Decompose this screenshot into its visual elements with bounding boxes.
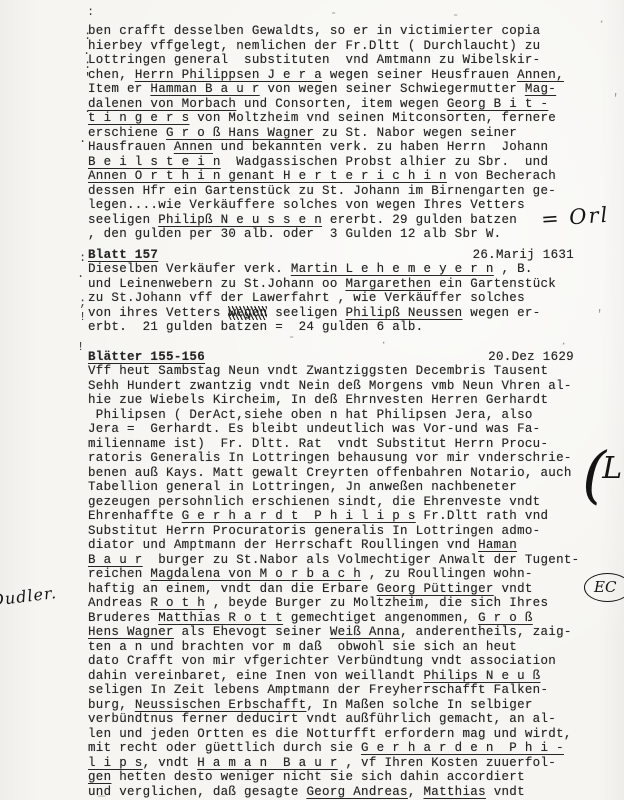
underlined-name: Georg Püttinger <box>377 582 494 596</box>
text-segment: burger zu St.Nabor als Volmechtiger Anwa… <box>143 553 580 567</box>
text-segment: , B. <box>494 262 533 276</box>
text-line: Vff heut Sambstag Neun vndt Zwantziggste… <box>88 364 574 379</box>
text-segment: gemechtiget angenommen, <box>283 611 478 625</box>
text-line: erschiene G r o ß Hans Wagner zu St. Nab… <box>88 126 574 141</box>
text-segment: seeligen <box>267 306 345 320</box>
stray-mark: · <box>598 16 605 28</box>
stray-mark: ' <box>84 72 91 84</box>
text-segment: erschiene <box>88 126 166 140</box>
paragraph: ben crafft desselben Gewaldts, so er in … <box>88 24 574 242</box>
text-segment: legen....wie Verkäuffere solches von weg… <box>88 198 525 212</box>
text-segment: ein Gartenstück <box>431 277 556 291</box>
text-segment: dessen Hfr ein Gartenstück zu St. Johann… <box>88 184 556 198</box>
text-segment: Dieselben Verkäufer verk. <box>88 262 291 276</box>
text-line: diator und Amptmann der Herrschaft Roull… <box>88 538 574 553</box>
text-line: seligen In Zeit lebens Amptmann der Frey… <box>88 683 574 698</box>
text-line: hie zue Wiebels Kircheim, In deß Ehrnves… <box>88 393 574 408</box>
stray-mark: : <box>87 6 94 18</box>
text-segment: Andreas <box>88 596 150 610</box>
text-segment: als Ehevogt seiner <box>174 625 330 639</box>
text-segment: verbündtnus ferner deducirt vndt außführ… <box>88 712 556 726</box>
stray-mark: ' <box>612 93 619 105</box>
text-line: Hens Wagner als Ehevogt seiner Weiß Anna… <box>88 625 574 640</box>
text-line: chen, Herrn Philippsen J e r a wegen sei… <box>88 68 574 83</box>
text-segment: von ihres Vetters <box>88 306 228 320</box>
text-segment: haftig an einem, vndt dan die Erbare <box>88 582 377 596</box>
underlined-name: Magdalena von M o r b a c h <box>150 567 361 581</box>
text-line: gen hetten desto weniger nicht sie sich … <box>88 770 574 785</box>
text-line: len und jeden Ortten es die Notturfft er… <box>88 727 574 742</box>
text-line: Andreas R o t h , beyde Burger zu Moltzh… <box>88 596 574 611</box>
text-segment: burg, <box>88 698 135 712</box>
stray-mark: ; <box>79 297 86 309</box>
text-segment: und Consorten, item wegen <box>236 97 447 111</box>
text-segment: Bruderes <box>88 611 158 625</box>
text-line: erbt. 21 gulden batzen = 24 gulden 6 alb… <box>88 320 574 335</box>
text-segment: von wegen seiner Schwiegermutter <box>260 82 525 96</box>
text-segment: diator und Amptmann der Herrschaft Roull… <box>88 538 478 552</box>
text-line: l i p s, vndt H a m a n B a u r , vf Ihr… <box>88 756 574 771</box>
text-segment: hie zue Wiebels Kircheim, In deß Ehrnves… <box>88 393 548 407</box>
paren-stroke: ( <box>582 438 602 511</box>
text-segment: Item er <box>88 82 150 96</box>
heading-date: 20.Dez 1629 <box>488 350 574 365</box>
stray-mark: - <box>452 9 459 21</box>
stray-mark: - <box>330 7 337 19</box>
text-segment: Fr.Dltt rath vnd <box>416 509 549 523</box>
text-line: zu St.Johann vff der Lawerfahrt , wie Ve… <box>88 291 574 306</box>
text-line: ratoris Generalis In Lottringen behausun… <box>88 451 574 466</box>
text-segment: ten a n und brachten vor m daß obwohl si… <box>88 640 517 654</box>
text-segment: , vndt <box>143 756 198 770</box>
text-segment: ben crafft desselben Gewaldts, so er in … <box>88 24 540 38</box>
underlined-name: gen <box>88 770 111 784</box>
stray-mark: - <box>288 331 295 343</box>
handwritten-note-dudler: Dudler. <box>0 583 58 610</box>
text-line: Item er Hamman B a u r von wegen seiner … <box>88 82 574 97</box>
text-line: Hausfrauen Annen und bekannten verk. zu … <box>88 140 574 155</box>
text-segment: und Leinenwebern zu St.Johann oo <box>88 277 345 291</box>
underlined-name: t i n g e r s <box>88 111 189 125</box>
text-line: burg, Neussischen Erbschafft, In Maßen s… <box>88 698 574 713</box>
text-segment: zu St. Nabor wegen seiner <box>314 126 517 140</box>
text-line: dessen Hfr ein Gartenstück zu St. Johann… <box>88 184 574 199</box>
scanned-document-page: ben crafft desselben Gewaldts, so er in … <box>0 0 624 800</box>
underlined-name: dalenen von Morbach <box>88 97 236 111</box>
text-segment: von Moltzheim vnd seinen Mitconsorten, f… <box>189 111 556 125</box>
stray-mark: . <box>79 133 86 145</box>
underlined-name: Herrn Philippsen J e r a <box>135 68 322 82</box>
underlined-name: Hamman B a u r <box>150 82 259 96</box>
text-line: B a u r burger zu St.Nabor als Volmechti… <box>88 553 574 568</box>
text-segment: , zu Roullingen wohn- <box>361 567 533 581</box>
text-segment: , den gulden per 30 alb. oder 3 Gulden 1… <box>88 227 501 241</box>
text-line: haftig an einem, vndt dan die Erbare Geo… <box>88 582 574 597</box>
text-segment: seligen In Zeit lebens Amptmann der Frey… <box>88 683 548 697</box>
stray-mark: ' <box>596 309 603 321</box>
underlined-name: Matthias R o t t <box>158 611 283 625</box>
text-line: Annen O r t h i n genant H e r t e r i c… <box>88 169 574 184</box>
text-line: ben crafft desselben Gewaldts, so er in … <box>88 24 574 39</box>
heading-date: 26.Marij 1631 <box>473 248 574 263</box>
underlined-name: Weiß Anna <box>330 625 400 639</box>
text-segment: dato Crafft von mir vfgerichter Verbündt… <box>88 654 556 668</box>
underlined-name: Matthias <box>423 785 485 799</box>
underlined-name: G e r h a r d t P h i l i p s <box>182 509 416 523</box>
text-line: Philipsen ( DerAct,siehe oben n hat Phil… <box>88 408 574 423</box>
underlined-name: Georg Andreas <box>306 785 407 799</box>
stray-mark: : <box>84 59 91 71</box>
text-segment: Substitut Herrn Procuratoris generalis I… <box>88 524 540 538</box>
underlined-name: l i p s <box>88 756 143 770</box>
underlined-name: Margarethen <box>345 277 431 291</box>
text-segment: milienname ist) Fr. Dltt. Rat vndt Subst… <box>88 437 548 451</box>
underlined-name: Philipß Neussen <box>345 306 462 320</box>
text-line: t i n g e r s von Moltzheim vnd seinen M… <box>88 111 574 126</box>
stray-mark: · <box>380 337 387 349</box>
underlined-name: Georg B i t - <box>447 97 548 111</box>
underlined-name: Annen <box>174 140 213 154</box>
text-line: und verglichen, daß gesagte Georg Andrea… <box>88 785 574 800</box>
underlined-name: Mag- <box>525 82 556 96</box>
text-line: legen....wie Verkäuffere solches von weg… <box>88 198 574 213</box>
text-line: hierbey vffgelegt, nemlichen der Fr.Dltt… <box>88 39 574 54</box>
text-line: Dieselben Verkäufer verk. Martin L e h e… <box>88 262 574 277</box>
text-segment: erbt. 21 gulden batzen = 24 gulden 6 alb… <box>88 320 423 334</box>
handwritten-note-paren: (L <box>582 438 622 511</box>
text-line: dalenen von Morbach und Consorten, item … <box>88 97 574 112</box>
text-segment: und bekannten verk. zu haben Herrn Johan… <box>213 140 548 154</box>
text-line: Tabellion general in Lottringen, Jn anwe… <box>88 480 574 495</box>
text-line: von ihres Vetters wegen seeligen Philipß… <box>88 306 574 321</box>
handwritten-note-orl: = Orl <box>540 203 610 232</box>
text-segment: und verglichen, daß gesagte <box>88 785 306 799</box>
text-line: Bruderes Matthias R o t t gemechtiget an… <box>88 611 574 626</box>
stray-mark: . <box>84 103 91 115</box>
underlined-name: Annen, <box>517 68 564 82</box>
text-segment: Hausfrauen <box>88 140 174 154</box>
text-segment: Sehh Hundert zwantzig vndt Nein deß Morg… <box>88 379 572 393</box>
text-segment: vndt <box>486 785 525 799</box>
text-line: Substitut Herrn Procuratoris generalis I… <box>88 524 574 539</box>
text-line: Sehh Hundert zwantzig vndt Nein deß Morg… <box>88 379 574 394</box>
text-segment: seeligen <box>88 213 158 227</box>
text-segment: hierbey vffgelegt, nemlichen der Fr.Dltt… <box>88 39 540 53</box>
underlined-name: Hens Wagner <box>88 625 174 639</box>
text-line: und Leinenwebern zu St.Johann oo Margare… <box>88 277 574 292</box>
text-segment: Lottringen general substituten vnd Amtma… <box>88 53 540 67</box>
text-segment: vndt <box>494 582 533 596</box>
underlined-name: Philipß N e u s s e n <box>158 213 322 227</box>
stray-mark: — <box>98 790 105 800</box>
handwritten-note-ec-circled: EC <box>584 573 624 602</box>
text-segment: Wadgassischen Probst alhier zu Sbr. und <box>221 155 549 169</box>
paragraph: Dieselben Verkäufer verk. Martin L e h e… <box>88 262 574 335</box>
text-line: B e i l s t e i n Wadgassischen Probst a… <box>88 155 574 170</box>
text-segment: , vf Ihren Kosten zuuerfol- <box>338 756 556 770</box>
text-segment: gezeugen persohnlich erschienen sindt, d… <box>88 495 540 509</box>
underlined-name: Neussischen Erbschafft <box>135 698 307 712</box>
text-segment: Tabellion general in Lottringen, Jn anwe… <box>88 480 517 494</box>
underlined-name: Annen O r t h i n genant H e r t e r i c… <box>88 169 447 183</box>
struck-word: wegen <box>228 306 267 320</box>
text-segment: wegen seiner Heusfrauen <box>322 68 517 82</box>
text-segment: Ehrenhaffte <box>88 509 182 523</box>
text-line: Lottringen general substituten vnd Amtma… <box>88 53 574 68</box>
text-segment: , In Maßen solche In selbiger <box>306 698 532 712</box>
underlined-name: G e r h a r d e n P h i - <box>361 741 564 755</box>
paragraph: Vff heut Sambstag Neun vndt Zwantziggste… <box>88 364 574 799</box>
text-segment: ererbt. 29 gulden batzen <box>322 213 517 227</box>
underlined-name: H a m a n B a u r <box>197 756 337 770</box>
stray-mark: ! <box>77 341 84 353</box>
underlined-name: R o t h <box>150 596 205 610</box>
heading-title: Blatt 157 <box>88 248 158 263</box>
text-segment: reichen <box>88 567 150 581</box>
text-line: seeligen Philipß N e u s s e n ererbt. 2… <box>88 213 574 228</box>
stray-mark: : <box>79 252 86 264</box>
text-line: reichen Magdalena von M o r b a c h , zu… <box>88 567 574 582</box>
underlined-name: B e i l s t e i n <box>88 155 221 169</box>
section-heading: Blatt 15726.Marij 1631 <box>88 248 574 263</box>
text-line: gezeugen persohnlich erschienen sindt, d… <box>88 495 574 510</box>
heading-title: Blätter 155-156 <box>88 350 205 365</box>
text-segment: benen auß Kays. Matt gewalt Creyrten off… <box>88 466 572 480</box>
text-line: mit recht oder güettlich durch sie G e r… <box>88 741 574 756</box>
text-line: verbündtnus ferner deducirt vndt außführ… <box>88 712 574 727</box>
document-body: ben crafft desselben Gewaldts, so er in … <box>88 24 574 799</box>
stray-mark: ! <box>79 311 86 323</box>
text-segment: von Becherach <box>447 169 556 183</box>
text-line: Jera = Gerhardt. Es bleibt undeutlich wa… <box>88 422 574 437</box>
section-heading: Blätter 155-15620.Dez 1629 <box>88 350 574 365</box>
text-line: milienname ist) Fr. Dltt. Rat vndt Subst… <box>88 437 574 452</box>
text-line: dato Crafft von mir vfgerichter Verbündt… <box>88 654 574 669</box>
text-segment: , <box>408 785 424 799</box>
underlined-name: G r o ß Hans Wagner <box>166 126 314 140</box>
text-segment: len und jeden Ortten es die Notturfft er… <box>88 727 572 741</box>
underlined-name: Haman <box>478 538 517 552</box>
stray-mark: . <box>83 45 90 57</box>
stray-mark: · <box>560 338 567 350</box>
stray-mark: . <box>77 268 84 280</box>
text-line: dahin vereinbaret, eine Inen von weillan… <box>88 669 574 684</box>
text-line: , den gulden per 30 alb. oder 3 Gulden 1… <box>88 227 574 242</box>
text-segment: hetten desto weniger nicht sie sich dahi… <box>111 770 524 784</box>
stray-mark: · <box>470 305 477 317</box>
text-segment: , anderentheils, zaig- <box>400 625 572 639</box>
text-segment: zu St.Johann vff der Lawerfahrt , wie Ve… <box>88 291 525 305</box>
text-segment: mit recht oder güettlich durch sie <box>88 741 361 755</box>
text-segment: Jera = Gerhardt. Es bleibt undeutlich wa… <box>88 422 540 436</box>
text-line: Ehrenhaffte G e r h a r d t P h i l i p … <box>88 509 574 524</box>
text-line: ten a n und brachten vor m daß obwohl si… <box>88 640 574 655</box>
text-segment: chen, <box>88 68 135 82</box>
text-segment: , beyde Burger zu Moltzheim, die sich Ih… <box>205 596 548 610</box>
underlined-name: B a u r <box>88 553 143 567</box>
underlined-name: Martin L e h e m e y e r n <box>291 262 494 276</box>
text-segment: ratoris Generalis In Lottringen behausun… <box>88 451 572 465</box>
text-line: benen auß Kays. Matt gewalt Creyrten off… <box>88 466 574 481</box>
underlined-name: G r o ß <box>478 611 533 625</box>
underlined-name: Philips N e u ß <box>423 669 540 683</box>
text-segment: Vff heut Sambstag Neun vndt Zwantziggste… <box>88 364 548 378</box>
stray-mark: : <box>84 30 91 42</box>
text-segment: Philipsen ( DerAct,siehe oben n hat Phil… <box>88 408 533 422</box>
paren-letter: L <box>602 451 622 486</box>
text-segment: dahin vereinbaret, eine Inen von weillan… <box>88 669 423 683</box>
